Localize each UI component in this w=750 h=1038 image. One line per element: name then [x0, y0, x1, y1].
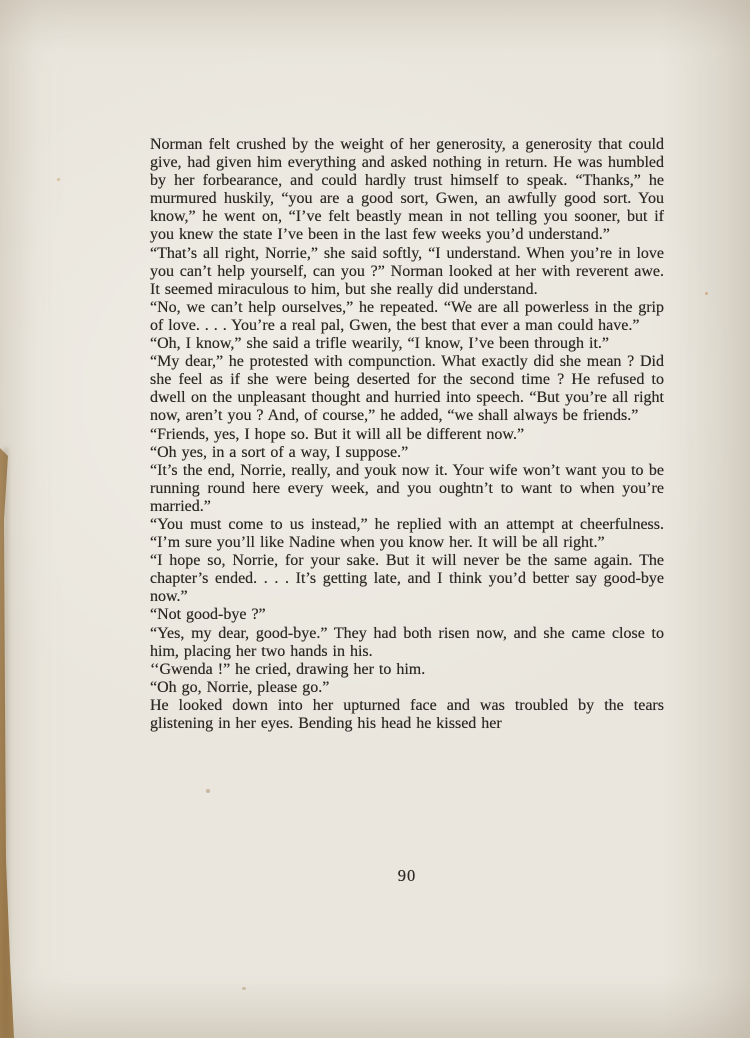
paragraph: “Oh, I know,” she said a trifle wearily,… — [150, 335, 664, 353]
paragraph: “It’s the end, Norrie, really, and youk … — [150, 462, 664, 516]
scanned-book-page: Norman felt crushed by the weight of her… — [0, 0, 750, 1038]
paragraph: ‘‘Gwenda !” he cried, drawing her to him… — [150, 661, 664, 679]
paragraph: “I hope so, Norrie, for your sake. But i… — [150, 552, 664, 606]
page-edge-shadow — [4, 448, 10, 1038]
paper-speck — [242, 987, 246, 990]
paragraph: “No, we can’t help ourselves,” he repeat… — [150, 299, 664, 335]
paragraph: “Friends, yes, I hope so. But it will al… — [150, 426, 664, 444]
page-number: 90 — [150, 866, 664, 886]
paragraph: He looked down into her upturned face an… — [150, 697, 664, 733]
paragraph: “My dear,” he protested with compunction… — [150, 353, 664, 425]
paragraph: “Oh yes, in a sort of a way, I suppose.” — [150, 444, 664, 462]
paper-speck — [705, 292, 708, 295]
paragraph: “Oh go, Norrie, please go.” — [150, 679, 664, 697]
paper-speck — [206, 789, 210, 793]
paper-speck — [57, 178, 60, 181]
paragraph: “You must come to us instead,” he replie… — [150, 516, 664, 552]
page-text: Norman felt crushed by the weight of her… — [150, 136, 664, 733]
paragraph: Norman felt crushed by the weight of her… — [150, 136, 664, 245]
paragraph: “Yes, my dear, good-bye.” They had both … — [150, 625, 664, 661]
paragraph: “Not good-bye ?” — [150, 606, 664, 624]
paragraph: “That’s all right, Norrie,” she said sof… — [150, 245, 664, 299]
